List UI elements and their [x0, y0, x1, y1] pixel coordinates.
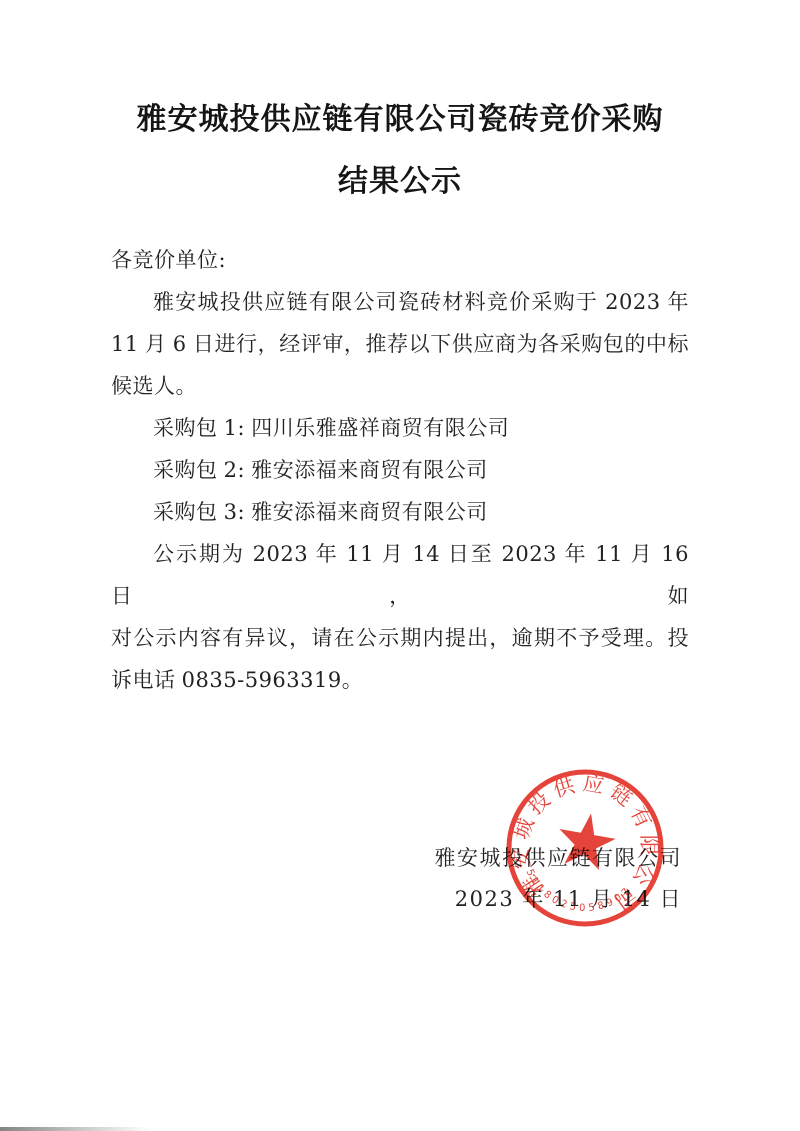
paragraph2-line1: 公示期为 2023 年 11 月 14 日至 2023 年 11 月 16 日，…	[111, 533, 689, 617]
package3-result: 采购包 3: 雅安添福来商贸有限公司	[111, 491, 689, 533]
document-page: 雅安城投供应链有限公司瓷砖竞价采购 结果公示 各竞价单位: 雅安城投供应链有限公…	[0, 0, 800, 1131]
title-line-1: 雅安城投供应链有限公司瓷砖竞价采购	[0, 89, 800, 151]
package2-result: 采购包 2: 雅安添福来商贸有限公司	[111, 449, 689, 491]
paragraph2-line3: 诉电话 0835-5963319。	[111, 659, 689, 701]
title-line-2: 结果公示	[0, 151, 800, 213]
document-body: 各竞价单位: 雅安城投供应链有限公司瓷砖材料竞价采购于 2023 年 11 月 …	[111, 239, 689, 701]
salutation: 各竞价单位:	[111, 239, 689, 281]
signature-date: 2023 年 11 月 14 日	[435, 879, 683, 920]
paragraph2-line2: 对公示内容有异议，请在公示期内提出，逾期不予受理。投	[111, 617, 689, 659]
signature-block: 雅安城投供应链有限公司 2023 年 11 月 14 日	[435, 838, 683, 920]
paragraph1-line1: 雅安城投供应链有限公司瓷砖材料竞价采购于 2023 年	[111, 281, 689, 323]
scan-artifact	[0, 1127, 150, 1131]
paragraph1-line2: 11 月 6 日进行，经评审，推荐以下供应商为各采购包的中标	[111, 323, 689, 365]
document-title: 雅安城投供应链有限公司瓷砖竞价采购 结果公示	[0, 89, 800, 213]
package1-result: 采购包 1: 四川乐雅盛祥商贸有限公司	[111, 407, 689, 449]
paragraph1-line3: 候选人。	[111, 365, 689, 407]
signature-company: 雅安城投供应链有限公司	[435, 838, 683, 879]
